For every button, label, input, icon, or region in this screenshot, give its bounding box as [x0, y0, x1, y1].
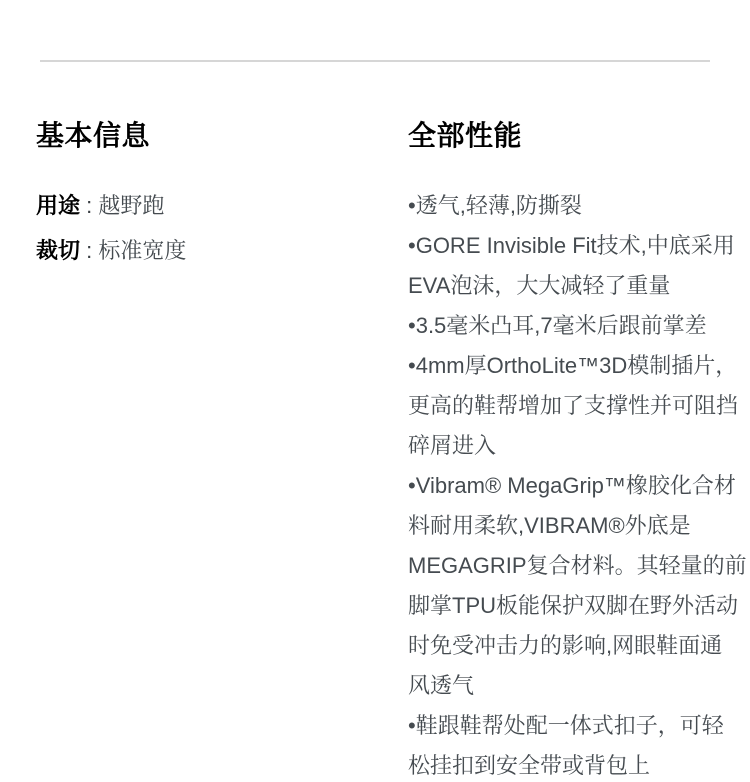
spec-label: 用途 — [36, 193, 80, 218]
specs-columns: 基本信息 用途 : 越野跑 裁切 : 标准宽度 全部性能 •透气,轻薄,防撕裂 … — [36, 116, 746, 782]
spec-row-usage: 用途 : 越野跑 — [36, 186, 408, 226]
product-specs-section: 基本信息 用途 : 越野跑 裁切 : 标准宽度 全部性能 •透气,轻薄,防撕裂 … — [0, 0, 750, 782]
performance-bullet: •3.5毫米凸耳,7毫米后跟前掌差 — [408, 306, 746, 346]
performance-title: 全部性能 — [408, 116, 746, 156]
spec-value: 越野跑 — [98, 193, 164, 218]
spec-label: 裁切 — [36, 238, 80, 263]
performance-bullet: •透气,轻薄,防撕裂 — [408, 186, 746, 226]
performance-bullet: •GORE Invisible Fit技术,中底采用 EVA泡沫，大大减轻了重量 — [408, 226, 746, 306]
spec-separator: : — [80, 193, 98, 218]
spec-value: 标准宽度 — [98, 238, 186, 263]
spec-separator: : — [80, 238, 98, 263]
spec-row-cut: 裁切 : 标准宽度 — [36, 231, 408, 271]
performance-bullet: •鞋跟鞋帮处配一体式扣子，可轻 松挂扣到安全带或背包上 — [408, 706, 746, 782]
basic-info-column: 基本信息 用途 : 越野跑 裁切 : 标准宽度 — [36, 116, 408, 276]
performance-column: 全部性能 •透气,轻薄,防撕裂 •GORE Invisible Fit技术,中底… — [408, 116, 746, 782]
basic-info-title: 基本信息 — [36, 116, 408, 156]
performance-bullet: •Vibram® MegaGrip™橡胶化合材 料耐用柔软,VIBRAM®外底是… — [408, 466, 746, 706]
performance-bullet: •4mm厚OrthoLite™3D模制插片， 更高的鞋帮增加了支撑性并可阻挡 碎… — [408, 346, 746, 466]
section-divider — [40, 60, 710, 62]
